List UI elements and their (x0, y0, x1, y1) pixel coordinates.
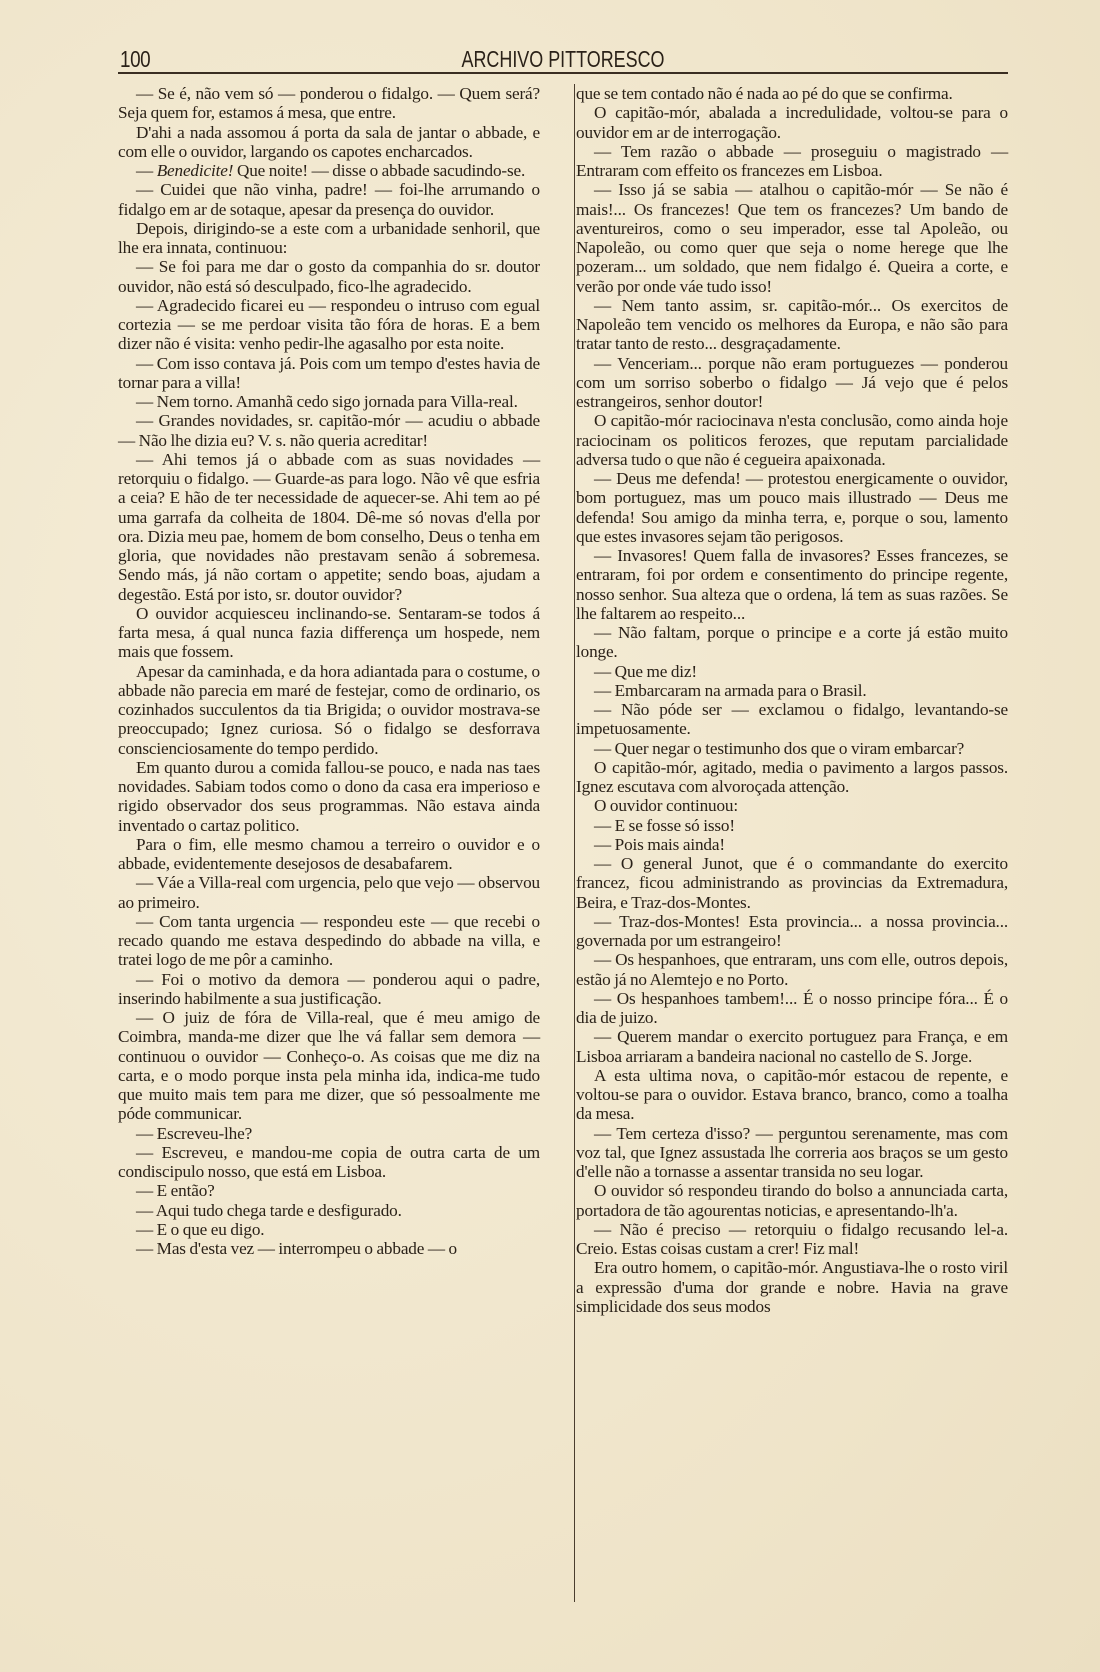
paragraph: O capitão-mór raciocinava n'esta conclus… (576, 411, 1008, 469)
paragraph: Era outro homem, o capitão-mór. Angustia… (576, 1258, 1008, 1316)
running-title: ARCHIVO PITTORESCO (216, 46, 910, 73)
paragraph: — Tem certeza d'isso? — perguntou serena… (576, 1124, 1008, 1182)
paragraph: O ouvidor continuou: (576, 796, 1008, 815)
paragraph: — Deus me defenda! — protestou energicam… (576, 469, 1008, 546)
paragraph: A esta ultima nova, o capitão-mór estaco… (576, 1066, 1008, 1124)
text-columns: — Se é, não vem só — ponderou o fidalgo.… (118, 84, 1008, 1316)
paragraph: — O general Junot, que é o commandante d… (576, 854, 1008, 912)
paragraph: — Nem tanto assim, sr. capitão-mór... Os… (576, 296, 1008, 354)
paragraph: — Cuidei que não vinha, padre! — foi-lhe… (118, 180, 540, 219)
header-rule (118, 72, 1008, 74)
paragraph: — Que me diz! (576, 662, 1008, 681)
left-column: — Se é, não vem só — ponderou o fidalgo.… (118, 84, 540, 1316)
italic-word: Benedicite! (157, 161, 234, 180)
paragraph: — Pois mais ainda! (576, 835, 1008, 854)
paragraph: — Nem torno. Amanhã cedo sigo jornada pa… (118, 392, 540, 411)
paragraph: — Com isso contava já. Pois com um tempo… (118, 354, 540, 393)
paragraph: — Aqui tudo chega tarde e desfigurado. (118, 1201, 540, 1220)
paragraph: — Embarcaram na armada para o Brasil. (576, 681, 1008, 700)
paragraph: — Grandes novidades, sr. capitão-mór — a… (118, 411, 540, 450)
paragraph: — Os hespanhoes tambem!... É o nosso pri… (576, 989, 1008, 1028)
page-number: 100 (120, 46, 150, 73)
paragraph: Em quanto durou a comida fallou-se pouco… (118, 758, 540, 835)
paragraph: — Tem razão o abbade — proseguiu o magis… (576, 142, 1008, 181)
paragraph: — Os hespanhoes, que entraram, uns com e… (576, 950, 1008, 989)
paragraph: — Agradecido ficarei eu — respondeu o in… (118, 296, 540, 354)
paragraph: — Ahi temos já o abbade com as suas novi… (118, 450, 540, 604)
paragraph: O capitão-mór, abalada a incredulidade, … (576, 103, 1008, 142)
paragraph: — Váe a Villa-real com urgencia, pelo qu… (118, 873, 540, 912)
paragraph: — Invasores! Quem falla de invasores? Es… (576, 546, 1008, 623)
paragraph: — Escreveu, e mandou-me copia de outra c… (118, 1143, 540, 1182)
paragraph: — Com tanta urgencia — respondeu este — … (118, 912, 540, 970)
paragraph: — O juiz de fóra de Villa-real, que é me… (118, 1008, 540, 1124)
paragraph: O ouvidor só respondeu tirando do bolso … (576, 1181, 1008, 1220)
paragraph: D'ahi a nada assomou á porta da sala de … (118, 123, 540, 162)
paragraph: que se tem contado não é nada ao pé do q… (576, 84, 1008, 103)
paragraph: — Foi o motivo da demora — ponderou aqui… (118, 970, 540, 1009)
paragraph: — Isso já se sabia — atalhou o capitão-m… (576, 180, 1008, 296)
paragraph: Para o fim, elle mesmo chamou a terreiro… (118, 835, 540, 874)
paragraph: — E então? (118, 1181, 540, 1200)
column-divider (574, 84, 575, 1602)
paragraph: — Não faltam, porque o principe e a cort… (576, 623, 1008, 662)
paragraph: — Se é, não vem só — ponderou o fidalgo.… (118, 84, 540, 123)
paragraph: — Escreveu-lhe? (118, 1124, 540, 1143)
paragraph: O capitão-mór, agitado, media o paviment… (576, 758, 1008, 797)
magazine-page: 100 ARCHIVO PITTORESCO — Se é, não vem s… (118, 40, 1008, 1316)
paragraph: Depois, dirigindo-se a este com a urbani… (118, 219, 540, 258)
paragraph: — Venceriam... porque não eram portuguez… (576, 354, 1008, 412)
paragraph: — Quer negar o testimunho dos que o vira… (576, 739, 1008, 758)
right-column: que se tem contado não é nada ao pé do q… (576, 84, 1008, 1316)
paragraph: — Benedicite! Que noite! — disse o abbad… (118, 161, 540, 180)
paragraph: — Mas d'esta vez — interrompeu o abbade … (118, 1239, 540, 1258)
paragraph: — Não é preciso — retorquiu o fidalgo re… (576, 1220, 1008, 1259)
paragraph: O ouvidor acquiesceu inclinando-se. Sent… (118, 604, 540, 662)
paragraph: — Querem mandar o exercito portuguez par… (576, 1027, 1008, 1066)
page-header: 100 ARCHIVO PITTORESCO (118, 40, 1008, 74)
paragraph: — Traz-dos-Montes! Esta provincia... a n… (576, 912, 1008, 951)
paragraph: Apesar da caminhada, e da hora adiantada… (118, 662, 540, 758)
paragraph: — Não póde ser — exclamou o fidalgo, lev… (576, 700, 1008, 739)
paragraph: — Se foi para me dar o gosto da companhi… (118, 257, 540, 296)
paragraph: — E o que eu digo. (118, 1220, 540, 1239)
paragraph: — E se fosse só isso! (576, 816, 1008, 835)
